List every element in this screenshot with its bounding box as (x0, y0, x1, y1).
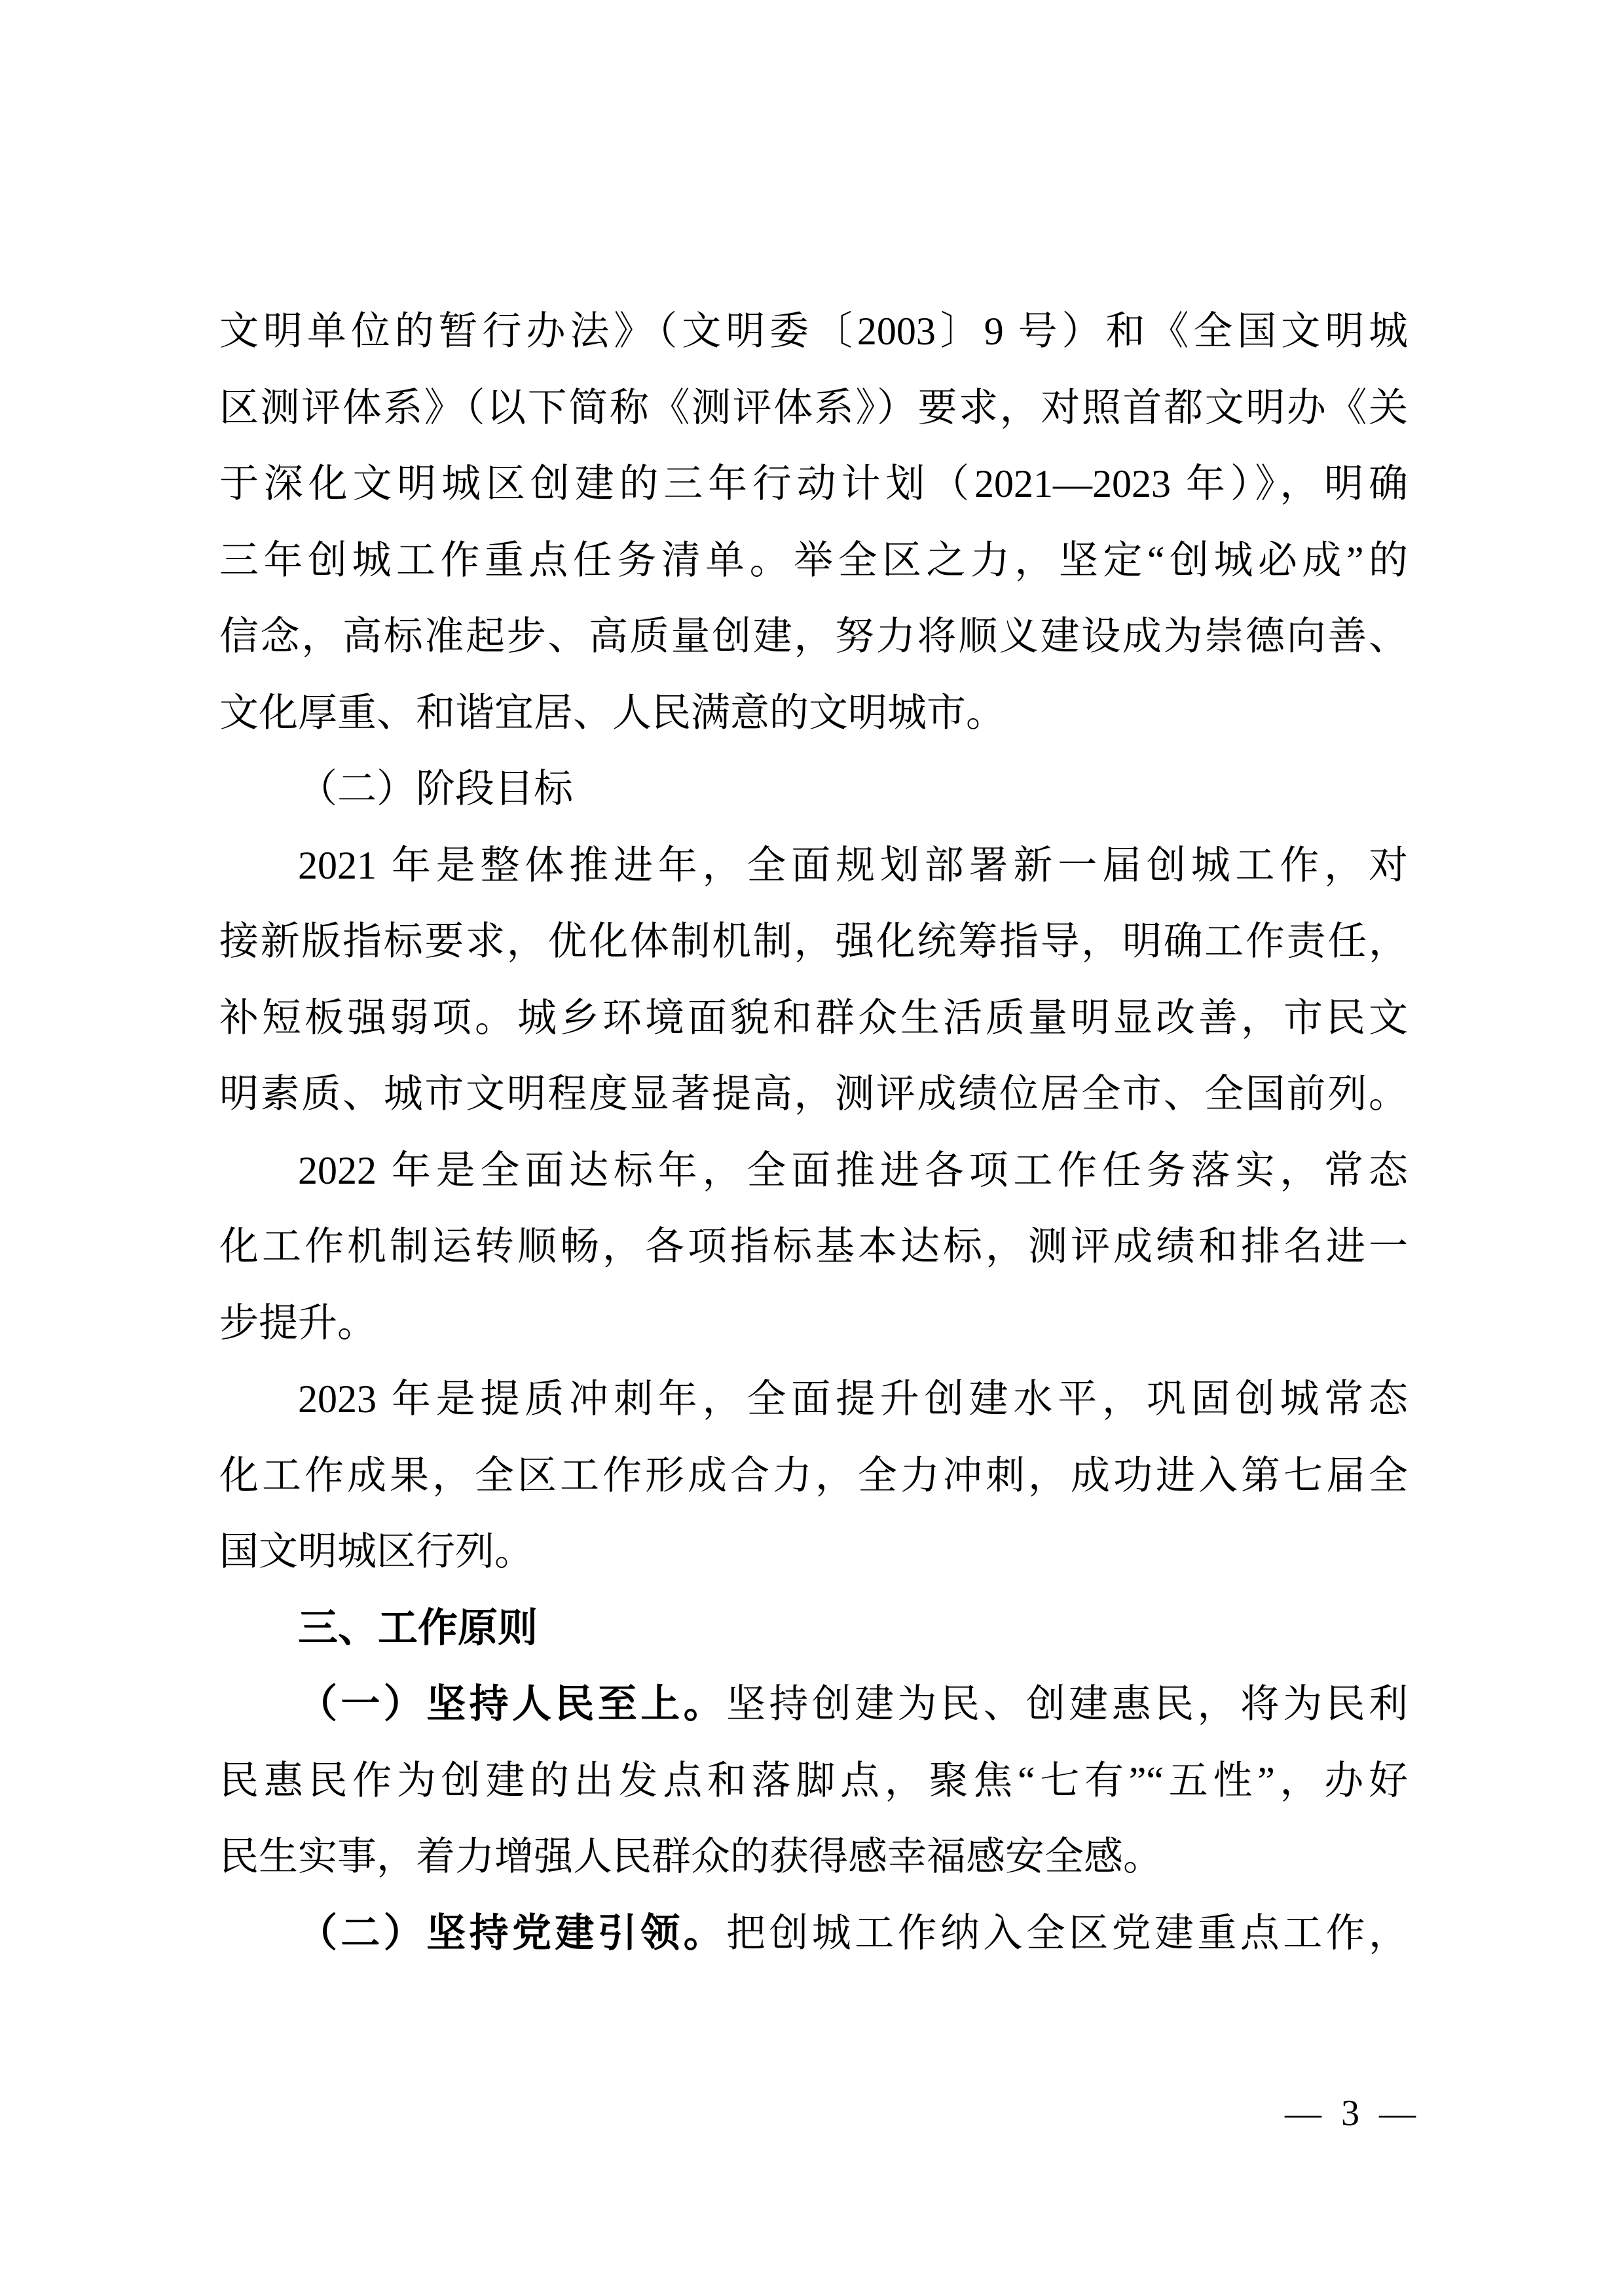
text-line: 步提升。 (219, 1285, 1408, 1362)
text-line: （二）坚持党建引领。把创城工作纳入全区党建重点工作， (219, 1895, 1408, 1972)
text-line: 明素质、城市文明程度显著提高，测评成绩位居全市、全国前列。 (219, 1056, 1408, 1133)
subsection-heading: （二）阶段目标 (219, 751, 1408, 828)
text-run: 把创城工作纳入全区党建重点工作， (726, 1912, 1408, 1955)
text-line: 2023 年是提质冲刺年，全面提升创建水平，巩固创城常态 (219, 1361, 1408, 1438)
text-line: 国文明城区行列。 (219, 1514, 1408, 1590)
text-run: 坚持创建为民、创建惠民，将为民利 (726, 1683, 1408, 1726)
text-line: 补短板强弱项。城乡环境面貌和群众生活质量明显改善，市民文 (219, 980, 1408, 1057)
text-line: 2021 年是整体推进年，全面规划部署新一届创城工作，对 (219, 828, 1408, 904)
text-line: 信念，高标准起步、高质量创建，努力将顺义建设成为崇德向善、 (219, 598, 1408, 675)
text-line: 三年创城工作重点任务清单。举全区之力，坚定“创城必成”的 (219, 522, 1408, 599)
subsection-lead-text: （二）坚持党建引领。 (298, 1912, 726, 1955)
text-line: 于深化文明城区创建的三年行动计划（2021—2023 年）》，明确 (219, 446, 1408, 522)
text-line: 民生实事，着力增强人民群众的获得感幸福感安全感。 (219, 1819, 1408, 1895)
section-heading: 三、工作原则 (219, 1590, 1408, 1667)
document-page: 文明单位的暂行办法》（文明委〔2003〕9 号）和《全国文明城 区测评体系》（以… (0, 0, 1624, 2296)
text-line: 区测评体系》（以下简称《测评体系》）要求，对照首都文明办《关 (219, 370, 1408, 446)
text-line: （一）坚持人民至上。坚持创建为民、创建惠民，将为民利 (219, 1666, 1408, 1743)
text-line: 接新版指标要求，优化体制机制，强化统筹指导，明确工作责任， (219, 903, 1408, 980)
text-line: 化工作机制运转顺畅，各项指标基本达标，测评成绩和排名进一 (219, 1209, 1408, 1285)
text-line: 2022 年是全面达标年，全面推进各项工作任务落实，常态 (219, 1133, 1408, 1209)
text-line: 文明单位的暂行办法》（文明委〔2003〕9 号）和《全国文明城 (219, 293, 1408, 370)
text-line: 文化厚重、和谐宜居、人民满意的文明城市。 (219, 675, 1408, 752)
document-body: 文明单位的暂行办法》（文明委〔2003〕9 号）和《全国文明城 区测评体系》（以… (219, 293, 1408, 1971)
text-line: 民惠民作为创建的出发点和落脚点，聚焦“七有”“五性”，办好 (219, 1743, 1408, 1819)
subsection-lead-text: （一）坚持人民至上。 (298, 1683, 726, 1726)
page-number: — 3 — (1285, 2092, 1416, 2135)
text-line: 化工作成果，全区工作形成合力，全力冲刺，成功进入第七届全 (219, 1438, 1408, 1514)
